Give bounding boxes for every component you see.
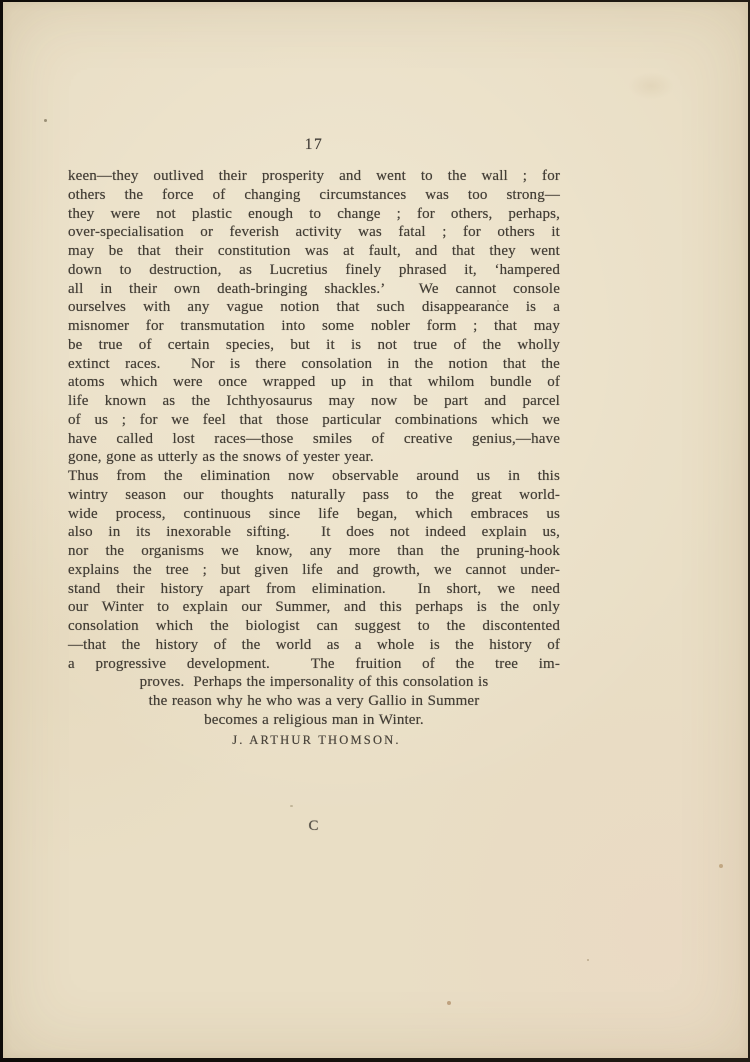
text-line: over-specialisation or feverish activity… [68, 223, 560, 242]
text-line: of us ; for we feel that those particula… [68, 411, 560, 430]
author-signature: J. ARTHUR THOMSON. [68, 733, 560, 748]
paper-speck [587, 959, 589, 961]
text-line: gone, gone as utterly as the snows of ye… [68, 448, 560, 467]
printers-signature-mark: C [68, 818, 560, 835]
text-line: misnomer for transmutation into some nob… [68, 317, 560, 336]
page-number: 17 [68, 136, 560, 154]
text-line: proves. Perhaps the impersonality of thi… [68, 673, 560, 692]
text-line: extinct races. Nor is there consolation … [68, 355, 560, 374]
text-line: atoms which were once wrapped up in that… [68, 373, 560, 392]
scanned-book-page: 17 keen—they outlived their prosperity a… [0, 0, 750, 1062]
paper-speck [290, 805, 293, 807]
paper-stain [628, 72, 674, 100]
text-line: our Winter to explain our Summer, and th… [68, 598, 560, 617]
paper-speck [719, 864, 723, 868]
paper-speck [497, 300, 499, 302]
text-line: consolation which the biologist can sugg… [68, 617, 560, 636]
text-line: all in their own death-bringing shackles… [68, 280, 560, 299]
text-line: explains the tree ; but given life and g… [68, 561, 560, 580]
text-line: stand their history apart from eliminati… [68, 580, 560, 599]
text-line: Thus from the elimination now observable… [68, 467, 560, 486]
body-text-block: keen—they outlived their prosperity and … [68, 167, 560, 730]
text-line: life known as the Ichthyosaurus may now … [68, 392, 560, 411]
text-line: keen—they outlived their prosperity and … [68, 167, 560, 186]
text-line: have called lost races—those smiles of c… [68, 430, 560, 449]
text-line: wide process, continuous since life bega… [68, 505, 560, 524]
text-line: a progressive development. The fruition … [68, 655, 560, 674]
text-line: becomes a religious man in Winter. [68, 711, 560, 730]
paper-speck [447, 1001, 451, 1005]
text-line: may be that their constitution was at fa… [68, 242, 560, 261]
text-line: down to destruction, as Lucretius finely… [68, 261, 560, 280]
text-line: ourselves with any vague notion that suc… [68, 298, 560, 317]
text-line: the reason why he who was a very Gallio … [68, 692, 560, 711]
text-line: others the force of changing circumstanc… [68, 186, 560, 205]
text-line: wintry season our thoughts naturally pas… [68, 486, 560, 505]
paper-sheet: 17 keen—they outlived their prosperity a… [3, 2, 748, 1058]
text-line: also in its inexorable sifting. It does … [68, 523, 560, 542]
text-line: they were not plastic enough to change ;… [68, 205, 560, 224]
text-line: —that the history of the world as a whol… [68, 636, 560, 655]
text-line: nor the organisms we know, any more than… [68, 542, 560, 561]
text-line: be true of certain species, but it is no… [68, 336, 560, 355]
paper-speck [44, 119, 47, 122]
